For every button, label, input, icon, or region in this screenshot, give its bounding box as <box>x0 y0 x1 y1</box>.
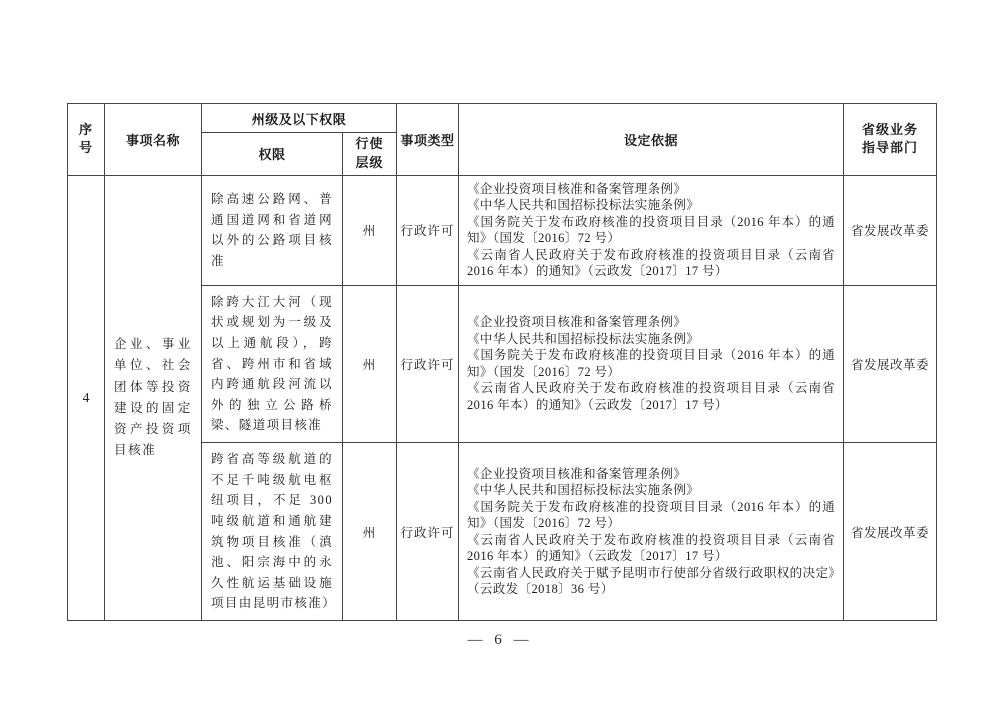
basis-line: 《企业投资项目核准和备案管理条例》 <box>467 314 835 331</box>
cell-authority: 除跨大江大河（现状或规划为一级及以上通航段），跨省、跨州市和省域内跨通航段河流以… <box>202 285 343 442</box>
header-item-type: 事项类型 <box>397 104 459 176</box>
basis-line: 《云南省人民政府关于发布政府核准的投资项目目录（云南省 2016 年本）的通知》… <box>467 247 835 280</box>
basis-line: 《国务院关于发布政府核准的投资项目目录（2016 年本）的通知》（国发〔2016… <box>467 499 835 532</box>
cell-authority: 除高速公路网、普通国道网和省道网以外的公路项目核准 <box>202 175 343 285</box>
cell-item-name: 企业、事业单位、社会团体等投资建设的固定资产投资项目核准 <box>105 175 202 620</box>
cell-guidance-dept: 省发展改革委 <box>844 175 937 285</box>
header-index-label: 序号 <box>78 121 94 159</box>
header-authority-group: 州级及以下权限 <box>202 104 397 133</box>
cell-authority: 跨省高等级航道的不足千吨级航电枢纽项目，不足 300 吨级航道和通航建筑物项目核… <box>202 443 343 621</box>
basis-line: 《云南省人民政府关于赋予昆明市行使部分省级行政职权的决定》（云政发〔2018〕3… <box>467 565 835 598</box>
basis-line: 《中华人民共和国招标投标法实施条例》 <box>467 197 835 214</box>
approval-items-table: 序号 事项名称 州级及以下权限 事项类型 设定依据 省级业务指导部门 权限 行使… <box>67 103 937 621</box>
basis-line: 《云南省人民政府关于发布政府核准的投资项目目录（云南省 2016 年本）的通知》… <box>467 532 835 565</box>
cell-index: 4 <box>68 175 105 620</box>
basis-line: 《企业投资项目核准和备案管理条例》 <box>467 466 835 483</box>
header-exercise-level: 行使层级 <box>343 133 397 176</box>
basis-line: 《国务院关于发布政府核准的投资项目目录（2016 年本）的通知》（国发〔2016… <box>467 214 835 247</box>
cell-guidance-dept: 省发展改革委 <box>844 443 937 621</box>
cell-guidance-dept: 省发展改革委 <box>844 285 937 442</box>
cell-exercise-level: 州 <box>343 443 397 621</box>
cell-exercise-level: 州 <box>343 175 397 285</box>
cell-basis: 《企业投资项目核准和备案管理条例》 《中华人民共和国招标投标法实施条例》 《国务… <box>459 285 844 442</box>
cell-item-type: 行政许可 <box>397 285 459 442</box>
basis-line: 《云南省人民政府关于发布政府核准的投资项目目录（云南省 2016 年本）的通知》… <box>467 380 835 413</box>
header-basis-label: 设定依据 <box>624 133 678 148</box>
header-basis: 设定依据 <box>459 104 844 176</box>
header-item-name: 事项名称 <box>105 104 202 176</box>
header-item-name-label: 事项名称 <box>126 133 180 148</box>
page-number: — 6 — <box>0 632 1000 649</box>
header-guidance-dept-label: 省级业务指导部门 <box>860 121 920 159</box>
cell-item-type: 行政许可 <box>397 443 459 621</box>
basis-line: 《企业投资项目核准和备案管理条例》 <box>467 181 835 198</box>
header-authority-group-label: 州级及以下权限 <box>252 112 347 127</box>
cell-item-type: 行政许可 <box>397 175 459 285</box>
basis-line: 《中华人民共和国招标投标法实施条例》 <box>467 331 835 348</box>
document-page: 序号 事项名称 州级及以下权限 事项类型 设定依据 省级业务指导部门 权限 行使… <box>0 0 1000 707</box>
basis-line: 《国务院关于发布政府核准的投资项目目录（2016 年本）的通知》（国发〔2016… <box>467 347 835 380</box>
header-exercise-level-label: 行使层级 <box>355 135 385 173</box>
header-authority-label: 权限 <box>258 147 285 162</box>
header-item-type-label: 事项类型 <box>401 133 455 148</box>
table-row: 4 企业、事业单位、社会团体等投资建设的固定资产投资项目核准 除高速公路网、普通… <box>68 175 937 285</box>
cell-exercise-level: 州 <box>343 285 397 442</box>
header-guidance-dept: 省级业务指导部门 <box>844 104 937 176</box>
header-index: 序号 <box>68 104 105 176</box>
header-authority: 权限 <box>202 133 343 176</box>
cell-basis: 《企业投资项目核准和备案管理条例》 《中华人民共和国招标投标法实施条例》 《国务… <box>459 175 844 285</box>
cell-basis: 《企业投资项目核准和备案管理条例》 《中华人民共和国招标投标法实施条例》 《国务… <box>459 443 844 621</box>
basis-line: 《中华人民共和国招标投标法实施条例》 <box>467 482 835 499</box>
